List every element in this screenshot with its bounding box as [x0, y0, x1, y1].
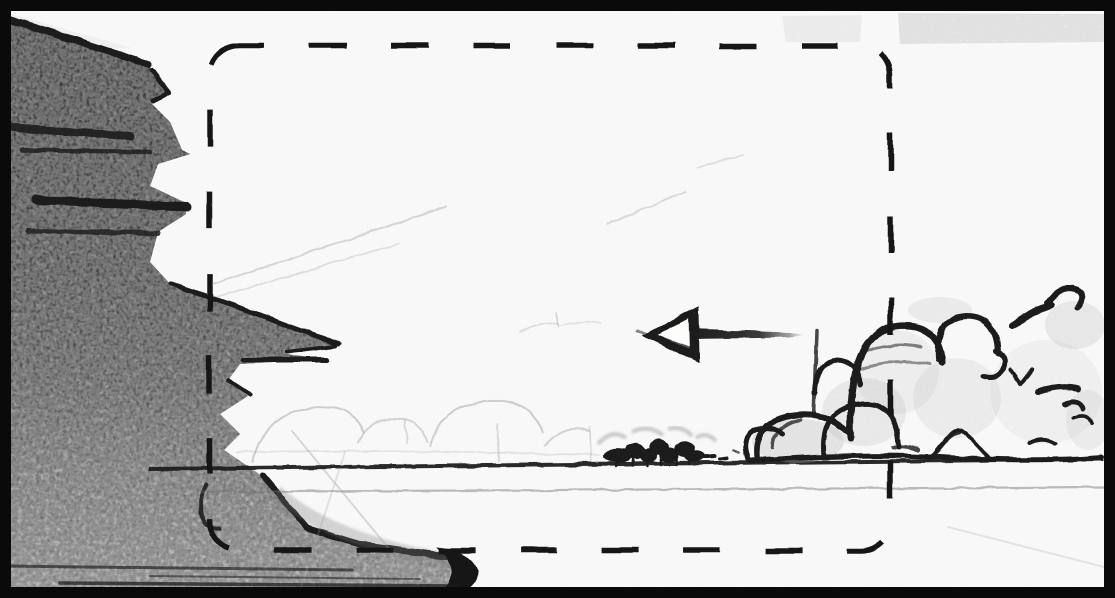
cloud-shade: [913, 358, 1001, 438]
figure-trailing-dash: [702, 456, 714, 457]
arrow-head-back-edge: [690, 315, 691, 353]
smudge-band-left: [782, 15, 862, 42]
figure-trailing-dash: [719, 458, 727, 459]
smudge-band-right: [898, 13, 1106, 44]
storyboard-sketch: [0, 0, 1115, 598]
faint-cloud-tick: [590, 428, 591, 461]
cloud-shade: [1045, 301, 1105, 349]
storyboard-panel: [0, 0, 1115, 598]
cliff-band: [22, 150, 150, 152]
cliff-band: [28, 231, 158, 233]
